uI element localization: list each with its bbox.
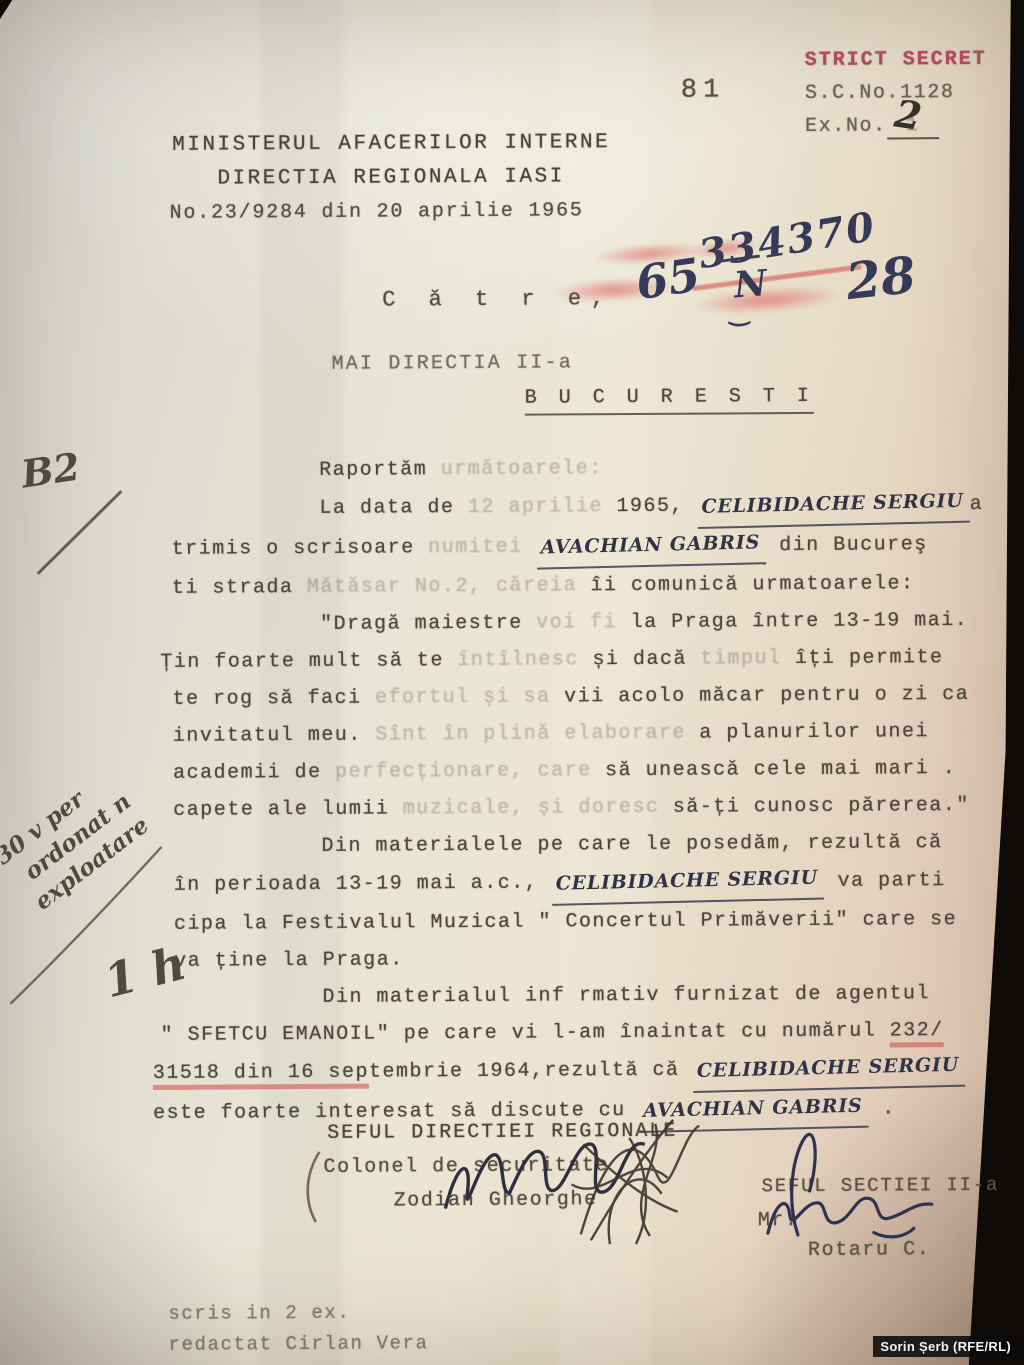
typed-segment: a xyxy=(970,493,984,516)
right-signature-prefix: Mr. xyxy=(758,1209,799,1232)
salutation-catre: C ă t r e, xyxy=(382,286,614,312)
body-line: va ține la Praga. xyxy=(152,938,1024,980)
ex-number-label: Ex.No. xyxy=(805,114,887,137)
margin-b2-mark: B2 xyxy=(18,444,82,497)
typed-segment: muzicale, și doresc xyxy=(403,796,660,821)
typed-segment: va ține la Praga. xyxy=(174,948,404,972)
handwritten-65: 65 xyxy=(632,247,703,310)
typed-segment: Din materialul inf rmativ furnizat de ag… xyxy=(322,982,930,1009)
typed-segment: următoarele: xyxy=(441,457,603,481)
typed-segment: numitei xyxy=(428,536,536,560)
typed-segment: la Praga între 13-19 mai. xyxy=(617,609,968,634)
typed-segment: cipa la Festivalul Muzical " Concertul P… xyxy=(174,908,957,936)
typed-segment: Mătăsar No.2, căreia xyxy=(307,574,577,599)
body: Raportăm următoarele:La data de 12 april… xyxy=(149,448,1024,1134)
handwritten-28: 28 xyxy=(843,245,919,311)
typed-segment: 232/ xyxy=(890,1019,944,1047)
left-signature-rank: Colonel de securitate xyxy=(323,1154,609,1179)
left-signature-name: Zodian Gheorghe xyxy=(394,1188,598,1212)
typed-segment: Sînt în plină elaborare xyxy=(375,722,686,747)
handwritten-squiggle: ‿ xyxy=(730,297,749,326)
body-line: 31518 din 16 septembrie 1964,rezultă că … xyxy=(153,1049,1024,1094)
body-line: ti strada Mătăsar No.2, căreia îi comuni… xyxy=(150,565,1022,607)
typed-segment: îi comunică urmatoarele: xyxy=(577,572,915,597)
letterhead-ministry: MINISTERUL AFACERILOR INTERNE xyxy=(172,131,610,157)
typed-segment: și dacă xyxy=(579,648,701,672)
right-signature-title: SEFUL SECTIEI II-a xyxy=(762,1174,1000,1197)
body-line: Din materialul inf rmativ furnizat de ag… xyxy=(152,975,1024,1017)
addressee-directorate: MAI DIRECTIA II-a xyxy=(331,351,573,375)
body-line: "Dragă maiestre voi fi la Praga între 13… xyxy=(150,602,1022,644)
typed-segment: 12 aprilie xyxy=(468,495,617,519)
footer-redactor-note: redactat Cirlan Vera xyxy=(168,1332,428,1356)
typed-segment: 1965, xyxy=(616,495,697,518)
body-line: invitatul meu. Sînt în plină elaborare a… xyxy=(151,713,1023,755)
typed-segment: a planurilor unei xyxy=(686,720,929,744)
pencil-parenthesis xyxy=(307,1152,319,1222)
body-line: academii de perfecționare, care să uneas… xyxy=(151,750,1023,792)
typed-segment: trimis o scrisoare xyxy=(172,536,429,561)
typed-segment: ti strada xyxy=(172,576,307,600)
footer-copies-note: scris in 2 ex. xyxy=(168,1302,350,1325)
typed-segment: capete ale lumii xyxy=(173,797,403,821)
typed-segment: întîlnesc xyxy=(457,648,579,672)
typed-segment: . xyxy=(869,1097,896,1120)
body-line: te rog să faci efortul și sa vii acolo m… xyxy=(150,676,1022,718)
typed-segment: îți permite xyxy=(781,646,943,670)
typed-segment: va parti xyxy=(824,869,946,893)
typed-segment: Raportăm xyxy=(319,458,441,482)
sc-number: S.C.No.1128 xyxy=(805,81,955,105)
photo-frame: 81 STRICT SECRET S.C.No.1128 Ex.No.1 2 M… xyxy=(0,0,1024,1365)
typed-segment: voi fi xyxy=(536,611,617,634)
letterhead-directorate: DIRECTIA REGIONALA IASI xyxy=(217,165,564,190)
typed-segment: Țin foarte mult să te xyxy=(160,649,457,674)
body-line: Țin foarte mult să te întîlnesc și dacă … xyxy=(150,639,1022,681)
typed-segment: te rog să faci xyxy=(173,687,376,711)
typed-segment: academii de xyxy=(173,761,335,785)
document-content: 81 STRICT SECRET S.C.No.1128 Ex.No.1 2 M… xyxy=(0,0,1024,1365)
typed-segment: vii acolo măcar pentru o zi ca xyxy=(551,683,970,709)
right-signature-name: Rotaru C. xyxy=(808,1238,931,1262)
body-line: trimis o scrisoare numitei AVACHIAN GABR… xyxy=(150,525,1022,570)
page-number-stamp: 81 xyxy=(681,75,726,105)
addressee-city: B U C U R E S T I xyxy=(525,385,814,416)
typed-segment: să unească cele mai mari . xyxy=(592,757,957,782)
typed-segment: La data de xyxy=(319,496,468,520)
handwritten-name: CELIBIDACHE SERGIU xyxy=(697,483,970,529)
strict-secret-stamp: STRICT SECRET xyxy=(805,48,987,72)
handwritten-name: CELIBIDACHE SERGIU xyxy=(551,859,824,905)
typed-segment: efortul și sa xyxy=(375,686,551,710)
margin-diagonal-note: 30 v per ordonat n exploatare xyxy=(0,763,155,919)
typed-segment: " SFETCU EMANOIL" pe care vi l-am înaint… xyxy=(161,1019,890,1046)
typed-segment: să-ți cunosc părerea." xyxy=(659,794,970,819)
pencil-slash xyxy=(37,491,121,574)
typed-segment: invitatul meu. xyxy=(173,724,376,748)
handwritten-name: AVACHIAN GABRIS xyxy=(536,524,766,569)
letterhead-number-date: No.23/9284 din 20 aprilie 1965 xyxy=(170,199,584,225)
typed-segment: "Dragă maiestre xyxy=(320,612,536,636)
left-signature-title: SEFUL DIRECTIEI REGIONALE xyxy=(327,1120,677,1145)
body-line: cipa la Festivalul Muzical " Concertul P… xyxy=(152,901,1024,943)
typed-segment: tembrie 1964,rezultă că xyxy=(369,1059,693,1084)
body-line: La data de 12 aprilie 1965, CELIBIDACHE … xyxy=(149,485,1021,530)
handwritten-name: CELIBIDACHE SERGIU xyxy=(693,1047,966,1093)
typed-segment: din Bucureş xyxy=(766,533,928,557)
typed-segment: perfecționare, care xyxy=(335,759,592,784)
typed-segment: Din materialele pe care le posedăm, rezu… xyxy=(321,831,942,858)
body-line: Din materialele pe care le posedăm, rezu… xyxy=(151,824,1023,866)
typed-segment: în perioada 13-19 mai a.c., xyxy=(174,872,552,897)
photo-credit: Sorin Șerb (RFE/RL) xyxy=(873,1336,1018,1357)
body-line: în perioada 13-19 mai a.c., CELIBIDACHE … xyxy=(152,861,1024,906)
typed-segment: timpul xyxy=(700,647,781,670)
body-line: capete ale lumii muzicale, și doresc să-… xyxy=(151,787,1023,829)
typed-segment: 31518 din 16 sep xyxy=(153,1061,369,1090)
